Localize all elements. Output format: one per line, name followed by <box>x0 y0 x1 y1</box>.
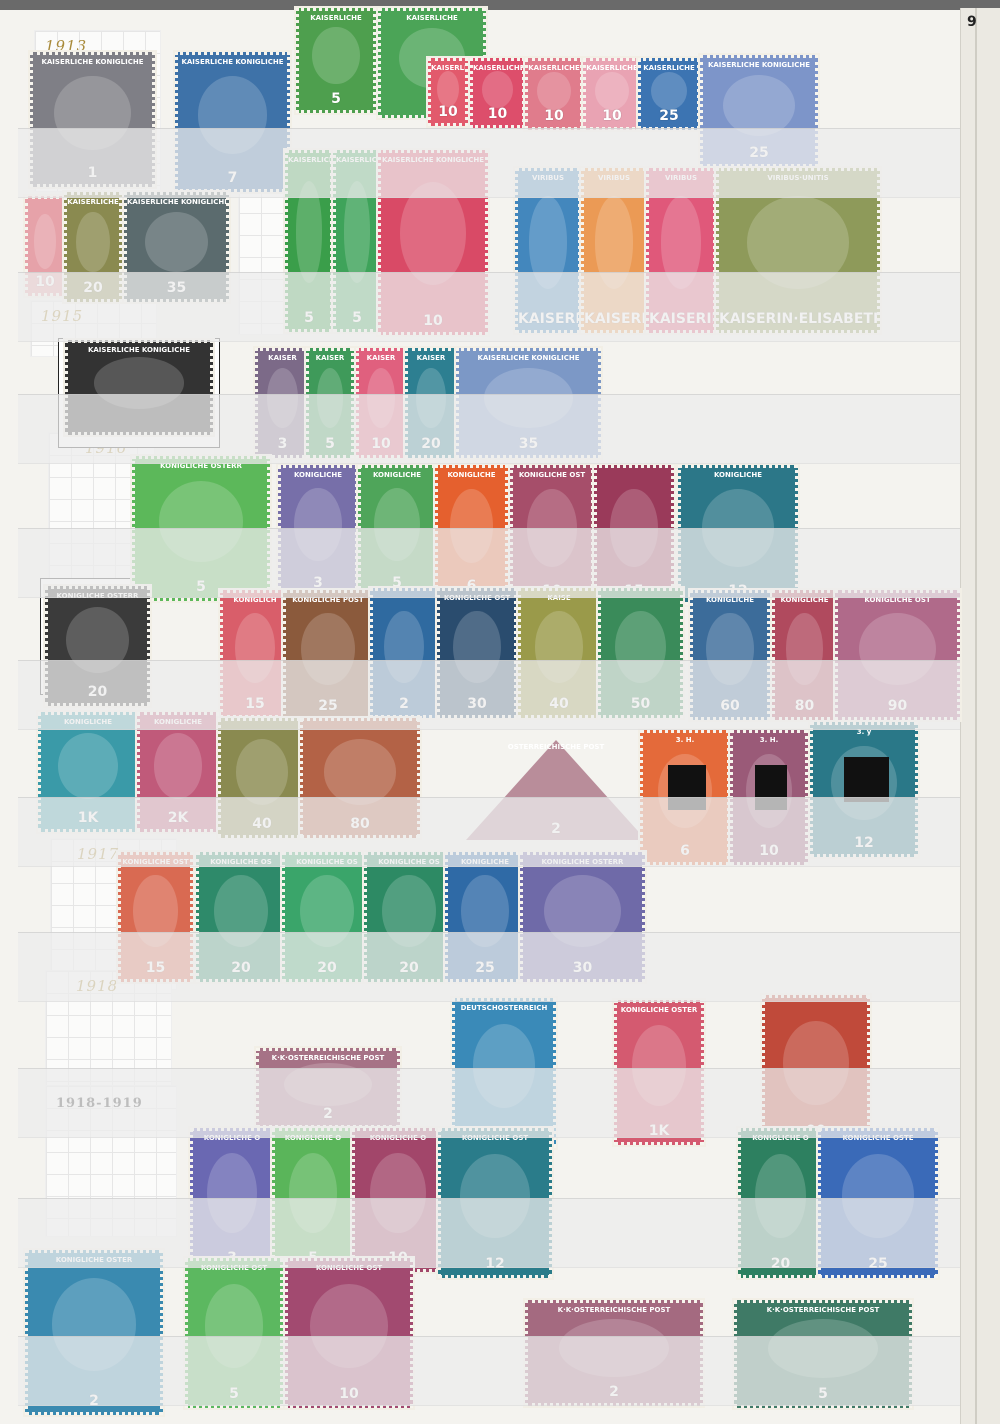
portrait-oval <box>723 75 795 136</box>
stamp: KÖNIGLICHE ÖSTER1K <box>614 1000 704 1145</box>
stamp: 3. H.10 <box>730 730 808 865</box>
stamp-denomination: 3 <box>258 436 307 452</box>
portrait-oval <box>859 613 935 685</box>
stamp-denomination: 20 <box>367 960 451 976</box>
stamp-denomination: 25 <box>286 698 370 714</box>
portrait-oval <box>484 368 573 428</box>
stamp-legend: KAISERLICHE <box>67 198 119 206</box>
stamp-denomination: 20 <box>48 684 147 700</box>
stamp: KÖNIGLICHE POST25 <box>283 590 373 720</box>
stamp: 40 <box>218 718 306 838</box>
stamp: 10 <box>25 196 65 296</box>
portrait-oval <box>453 611 500 683</box>
stamp-denomination: 80 <box>303 816 417 832</box>
stamp-legend: KÖNIGLICHE ÖST <box>838 596 957 604</box>
stamp-denomination: 20 <box>67 280 119 296</box>
portrait-oval <box>370 1153 425 1233</box>
stamp: KÖNIGLICHE ÖST10 <box>285 1258 413 1408</box>
portrait-oval <box>768 1319 878 1378</box>
stamp-denomination: 2 <box>373 696 435 712</box>
portrait-oval <box>400 182 467 286</box>
stamp-legend: KAISERLICHE KÖNIGLICHE <box>68 346 210 354</box>
stamp-denomination: 80 <box>775 698 834 714</box>
stamp: KAISERLICHE20 <box>64 192 122 302</box>
stamp-legend: KÖNIGLICHE <box>693 596 767 604</box>
portrait-oval <box>535 611 584 683</box>
stamp-legend: KÖNIGLICHE ÖSTERR <box>48 592 147 600</box>
portrait-oval <box>450 489 493 564</box>
stamp: KÖNIGLICHE ÖST10 <box>510 465 594 605</box>
portrait-oval <box>236 739 288 805</box>
portrait-oval <box>529 196 567 288</box>
portrait-oval <box>661 196 702 288</box>
stamp-denomination: 10 <box>528 108 580 124</box>
stamp: 80 <box>300 718 420 838</box>
stamp-legend: KÖNIGLICHE <box>41 718 135 726</box>
portrait-oval <box>214 875 268 947</box>
stamp: 3. y12 <box>810 722 918 857</box>
stamp-legend: 3. H. <box>733 736 805 744</box>
portrait-oval <box>235 613 276 684</box>
stamp-legend: 3. H. <box>643 736 727 744</box>
stamp-legend: KAISERLICHE KÖNIGLICHE <box>127 198 226 206</box>
trident-overprint <box>844 757 890 802</box>
year-label-1914: 1914 <box>238 168 292 335</box>
portrait-oval <box>755 1154 806 1238</box>
portrait-oval <box>312 27 359 84</box>
stamp-denomination: 25 <box>821 1256 935 1272</box>
year-label-1918-1919: 1918-1919 <box>45 1085 177 1237</box>
stamp-legend: KAISERLICHE KÖNIGLICHE <box>33 58 152 66</box>
stamp-legend: KAISER <box>258 354 307 362</box>
portrait-oval <box>52 1278 136 1370</box>
year-label-1918: 1918 <box>45 970 172 1087</box>
stamp-legend: KÖNIGLICHE ÖSTER <box>617 1006 701 1014</box>
page-number: 9 <box>967 14 977 30</box>
stamp-denomination: 10 <box>359 436 403 452</box>
portrait-oval <box>559 1319 669 1377</box>
stamp-legend: KÖNIGLICHE Ö <box>355 1134 441 1142</box>
stamp: KAISERLICHE10 <box>583 58 641 130</box>
stamp-denomination: 35 <box>127 280 226 296</box>
stamp: KÖNIGLICHE ÖSTER2 <box>25 1250 163 1415</box>
stamp: KÖNIGLICHE25 <box>445 852 525 982</box>
stamp: KAISERLICHE KÖNIGLICHE10 <box>378 150 488 335</box>
stamp-denomination: 40 <box>521 696 597 712</box>
stamp-legend: KÖNIGLICHE ÖST <box>121 858 190 866</box>
stamp-legend: KÖNIGLICHE <box>438 471 505 479</box>
stamp: KAISERLICHE5 <box>285 150 333 332</box>
stamp: KÖNIGLICHE2K <box>137 712 219 832</box>
stamp-denomination: 25 <box>448 960 522 976</box>
portrait-oval <box>437 71 459 107</box>
stamp-denomination: 25 <box>703 145 815 161</box>
scan-top-edge <box>0 0 1000 10</box>
stamp-denomination: 50 <box>601 696 680 712</box>
stamp: K·K·ÖSTERREICHISCHE POST2 <box>525 1300 703 1406</box>
stamp-legend: KAISERLICHE KÖNIGLICHE <box>178 58 287 66</box>
stamp-legend: KÖNIGLICHE Ö <box>275 1134 351 1142</box>
portrait-oval <box>367 368 395 428</box>
portrait-oval <box>632 1025 686 1106</box>
stamp: DEUTSCHÖSTERREICH <box>452 998 556 1148</box>
stamp-denomination: KAISERIN <box>518 311 578 327</box>
portrait-oval <box>94 357 185 409</box>
portrait-oval <box>706 613 753 685</box>
portrait-oval <box>310 1284 388 1368</box>
stamp: KÖNIGLICHE ÖS20 <box>282 852 372 982</box>
portrait-oval <box>294 488 341 561</box>
stamp: K·K·ÖSTERREICHISCHE POST2 <box>256 1048 400 1128</box>
stamp-legend: KAISERLICHE <box>586 64 638 72</box>
binding-line <box>975 8 977 1424</box>
portrait-oval <box>289 1153 338 1233</box>
stamp: KAISERLICHE KÖNIGLICHE <box>65 340 213 435</box>
stamp-denomination: 2 <box>259 1106 397 1122</box>
stamp-legend: KÖNIGLICHE ÖSTERR <box>523 858 642 866</box>
stamp: KÖNIGLICHE ÖS20 <box>364 852 454 982</box>
stamp: KAISER3 <box>255 348 310 458</box>
stamp-denomination: 12 <box>441 1256 549 1272</box>
portrait-oval <box>615 611 666 683</box>
stamp-legend: K·K·ÖSTERREICHISCHE POST <box>528 1306 700 1314</box>
stamp-denomination: 6 <box>643 843 727 859</box>
stamp-legend: KÖNIGLICHE <box>775 596 834 604</box>
stamp: KAISE40 <box>518 588 600 718</box>
stamp-legend: KAISERLICHE KÖNIGLICHE <box>381 156 485 164</box>
portrait-oval <box>460 1154 529 1238</box>
stamp-legend: DEUTSCHÖSTERREICH <box>455 1004 553 1012</box>
stamp-legend: KAISERLICHE <box>641 64 697 72</box>
stamp: 50 <box>598 588 683 718</box>
portrait-oval <box>473 1024 536 1108</box>
stamp: KAISERLICHE KÖNIGLICHE35 <box>456 348 601 458</box>
stamp: KÖNIGLICHE ÖSTERR20 <box>45 586 150 706</box>
stamp: KÖNIGLICHE80 <box>772 590 837 720</box>
portrait-oval <box>159 481 243 562</box>
portrait-oval <box>76 212 109 272</box>
portrait-oval <box>595 72 628 110</box>
stamp-legend: KAISERLICHE <box>431 64 465 72</box>
stamp-denomination: 15 <box>223 696 287 712</box>
stamp-legend: VIRIBUS <box>649 174 713 182</box>
stamp: 2 <box>370 588 438 718</box>
stamp-legend: K·K·ÖSTERREICHISCHE POST <box>259 1054 397 1062</box>
stamp: KÖNIGLICH15 <box>220 590 290 718</box>
stamp: 15 <box>594 465 674 605</box>
stamp-denomination: 5 <box>188 1386 280 1402</box>
stamp-legend: KÖNIGLICHE ÖS <box>367 858 451 866</box>
portrait-oval <box>205 1284 264 1368</box>
stamp-legend: KAISER <box>359 354 403 362</box>
stamp: 90 <box>762 995 870 1145</box>
stamp-legend: VIRIBUS <box>518 174 578 182</box>
trident-overprint <box>755 765 787 810</box>
stamp: KÖNIGLICHE ÖS20 <box>196 852 286 982</box>
stamp-denomination: 10 <box>28 274 62 290</box>
stamp-legend: KÖNIGLICHE Ö <box>741 1134 820 1142</box>
portrait-oval <box>344 181 371 283</box>
portrait-oval <box>461 875 508 947</box>
stamp-denomination: 10 <box>473 106 522 122</box>
portrait-oval <box>58 733 118 799</box>
portrait-oval <box>702 489 775 567</box>
stamp-denomination: 5 <box>288 310 330 326</box>
stamp: KÖNIGLICHE5 <box>358 465 436 597</box>
stamp-denomination: 7 <box>178 170 287 186</box>
stamp: KAISER5 <box>306 348 354 458</box>
stamp: KÖNIGLICHE60 <box>690 590 770 720</box>
portrait-oval <box>301 613 355 685</box>
stamp-denomination: 35 <box>459 436 598 452</box>
stamp-legend: 3. y <box>813 728 915 736</box>
stamp-legend: KÖNIGLICHE POST <box>286 596 370 604</box>
stamp: KÖNIGLICHE Ö20 <box>738 1128 823 1278</box>
stamp: KAISERLICHE25 <box>638 58 700 130</box>
stamp-denomination: 5 <box>737 1386 909 1402</box>
stamp: 3. H.6 <box>640 730 730 865</box>
stamp-legend: KAISERLICHE <box>528 64 580 72</box>
stamp-denomination: 5 <box>336 310 378 326</box>
stamp-legend: KÖNIGLICHE <box>140 718 216 726</box>
stamp: VIRIBUSKAISERIN <box>515 168 581 333</box>
stamp-denomination: 5 <box>299 91 373 107</box>
stamp-denomination: 60 <box>693 698 767 714</box>
stamp: KAISERLICHE KÖNIGLICHE7 <box>175 52 290 192</box>
stamp-denomination: 2K <box>140 810 216 826</box>
stamp-denomination: 10 <box>586 108 638 124</box>
stamp: KAISERLICHE KÖNIGLICHE1 <box>30 52 155 187</box>
stamp-denomination: 12 <box>813 835 915 851</box>
stamp: KAISERLICHE10 <box>525 58 583 130</box>
stamp-denomination: 20 <box>285 960 369 976</box>
stamp-legend: KÖNIGLICHE <box>448 858 522 866</box>
portrait-oval <box>133 875 177 947</box>
stamp: KAISER10 <box>356 348 406 458</box>
stamp-legend: KÖNIGLICHE ÖSTER <box>28 1256 160 1264</box>
stamp: KÖNIGLICHE Ö10 <box>352 1128 444 1272</box>
stamp: KÖNIGLICHE12 <box>678 465 798 605</box>
stamp-denomination: KAISERIN <box>649 311 713 327</box>
stamp-legend: KÖNIGLICHE <box>281 471 355 479</box>
stamp-denomination: 20 <box>741 1256 820 1272</box>
stamp-denomination: 10 <box>381 313 485 329</box>
stamp-legend: KÖNIGLICHE ÖST <box>188 1264 280 1272</box>
trident-overprint <box>668 765 706 810</box>
stamp: KÖNIGLICHE ÖST12 <box>438 1128 552 1278</box>
stamp: KAISERLICHE KÖNIGLICHE35 <box>124 192 229 302</box>
stamp-legend: KÖNIGLICHE ÖS <box>199 858 283 866</box>
stamp: KÖNIGLICHE ÖST5 <box>185 1258 283 1408</box>
stamp: KAISER20 <box>405 348 457 458</box>
stamp: KÖNIGLICHE ÖST90 <box>835 590 960 720</box>
stamp-legend: KÖNIGLICH <box>223 596 287 604</box>
stamp: VIRIBUSKAISERIN <box>646 168 716 333</box>
portrait-oval <box>651 72 687 110</box>
stamp-denomination: KAISERIN·ELISABETH <box>719 311 877 327</box>
stamp: KÖNIGLICHE ÖST30 <box>437 588 517 718</box>
stamp-legend: KAISER <box>309 354 351 362</box>
stamp: ÖSTERREICHISCHE POST2 <box>466 740 646 840</box>
stamp-denomination: 10 <box>288 1386 410 1402</box>
stamp-legend: KAISERLICHE KÖNIGLICHE <box>459 354 598 362</box>
stamp-legend: KAISERLICHE KÖNIGLICHE <box>703 61 815 69</box>
portrait-oval <box>482 71 513 108</box>
stamp: KÖNIGLICHE3 <box>278 465 358 597</box>
stamp-legend: KAISERLICHE <box>381 14 483 22</box>
stamp-legend: KÖNIGLICHE <box>681 471 795 479</box>
portrait-oval <box>786 613 824 685</box>
stamp-legend: KÖNIGLICHE ÖS <box>285 858 369 866</box>
stamp-denomination: 1K <box>41 810 135 826</box>
stamp: KAISERLICHE10 <box>470 58 525 128</box>
stamp-denomination: 20 <box>408 436 454 452</box>
stamp-denomination: KAISERIN <box>584 311 644 327</box>
portrait-oval <box>296 181 323 283</box>
stamp: KÖNIGLICHE Ö3 <box>190 1128 274 1272</box>
stamp-legend: KÖNIGLICHE ÖST <box>513 471 591 479</box>
stamp: VIRIBUSKAISERIN <box>581 168 647 333</box>
portrait-oval <box>34 214 56 269</box>
stamp-denomination: 3 <box>281 575 355 591</box>
portrait-oval <box>374 488 420 561</box>
stamp-legend: VIRIBUS <box>584 174 644 182</box>
stamp-denomination: 30 <box>440 696 514 712</box>
stamp: KAISERLICHE5 <box>296 8 376 113</box>
stamp-legend: KAISERLICHE <box>288 156 330 164</box>
portrait-oval <box>317 368 344 428</box>
stamp-legend: KÖNIGLICHE ÖST <box>288 1264 410 1272</box>
stamp-denomination: 30 <box>523 960 642 976</box>
portrait-oval <box>747 196 848 288</box>
stamp: KAISERLICHE5 <box>333 150 381 332</box>
stamp-denomination: 20 <box>199 960 283 976</box>
portrait-oval <box>54 76 130 151</box>
portrait-oval <box>324 739 397 805</box>
stamp: KAISERLICHE KÖNIGLICHE25 <box>700 55 818 167</box>
stamp: VIRIBUS·UNITISKAISERIN·ELISABETH <box>716 168 880 333</box>
stamp: KÖNIGLICHE ÖST15 <box>118 852 193 982</box>
stamp-denomination: 15 <box>121 960 190 976</box>
stamp-legend: KÖNIGLICHE <box>361 471 433 479</box>
stamp-legend: KÖNIGLICHE ÖSTE <box>821 1134 935 1142</box>
stamp-denomination: 2 <box>466 821 646 837</box>
stamp: KÖNIGLICHE ÖSTERR30 <box>520 852 645 982</box>
portrait-oval <box>842 1154 915 1238</box>
portrait-oval <box>198 76 268 154</box>
stamp-legend: KÖNIGLICHE ÖST <box>440 594 514 602</box>
stamp-denomination: 25 <box>641 108 697 124</box>
portrait-oval <box>537 72 570 110</box>
stamp-denomination: 40 <box>221 816 303 832</box>
stamp: KÖNIGLICHE6 <box>435 465 508 600</box>
stamp-denomination: 10 <box>733 843 805 859</box>
stamp: KÖNIGLICHE Ö5 <box>272 1128 354 1272</box>
portrait-oval <box>416 368 445 428</box>
stamp-denomination: 90 <box>838 698 957 714</box>
portrait-oval <box>527 489 577 567</box>
stamp: KÖNIGLICHE ÖSTE25 <box>818 1128 938 1278</box>
stamp-legend: KAISER <box>408 354 454 362</box>
album-binding <box>960 8 1000 1424</box>
stamp-denomination: 2 <box>28 1393 160 1409</box>
portrait-oval <box>382 875 436 947</box>
portrait-oval <box>207 1153 257 1233</box>
stamp-denomination: 5 <box>309 436 351 452</box>
stamp-legend: KÖNIGLICHE ÖST <box>441 1134 549 1142</box>
stamp-legend: KÖNIGLICHE ÖSTERR <box>135 462 267 470</box>
portrait-oval <box>544 875 620 947</box>
portrait-oval <box>610 489 657 567</box>
stamp: K·K·ÖSTERREICHISCHE POST5 <box>734 1300 912 1408</box>
stamp: KAISERLICHE10 <box>428 58 468 126</box>
portrait-oval <box>284 1063 372 1106</box>
stamp-legend: KAISERLICHE <box>473 64 522 72</box>
stamp-denomination: 10 <box>431 104 465 120</box>
stamp-legend: K·K·ÖSTERREICHISCHE POST <box>737 1306 909 1314</box>
portrait-oval <box>66 607 129 673</box>
stamp-legend: KAISERLICHE <box>299 14 373 22</box>
portrait-oval <box>384 611 424 683</box>
stamp-denomination: 1 <box>33 165 152 181</box>
stamp: KÖNIGLICHE1K <box>38 712 138 832</box>
stamp-legend: VIRIBUS·UNITIS <box>719 174 877 182</box>
stamp-denomination: 2 <box>528 1384 700 1400</box>
stamp-legend: ÖSTERREICHISCHE POST <box>466 743 646 751</box>
portrait-oval <box>145 212 208 272</box>
stamp-denomination: 1K <box>617 1123 701 1139</box>
portrait-oval <box>595 196 633 288</box>
stamp-legend: KAISE <box>521 594 597 602</box>
portrait-oval <box>267 368 298 428</box>
stamp: KÖNIGLICHE ÖSTERR5 <box>132 456 270 601</box>
stamp-legend: KAISERLICHE <box>336 156 378 164</box>
portrait-oval <box>154 733 203 799</box>
portrait-oval <box>783 1021 848 1105</box>
portrait-oval <box>300 875 354 947</box>
stamp-legend: KÖNIGLICHE Ö <box>193 1134 271 1142</box>
